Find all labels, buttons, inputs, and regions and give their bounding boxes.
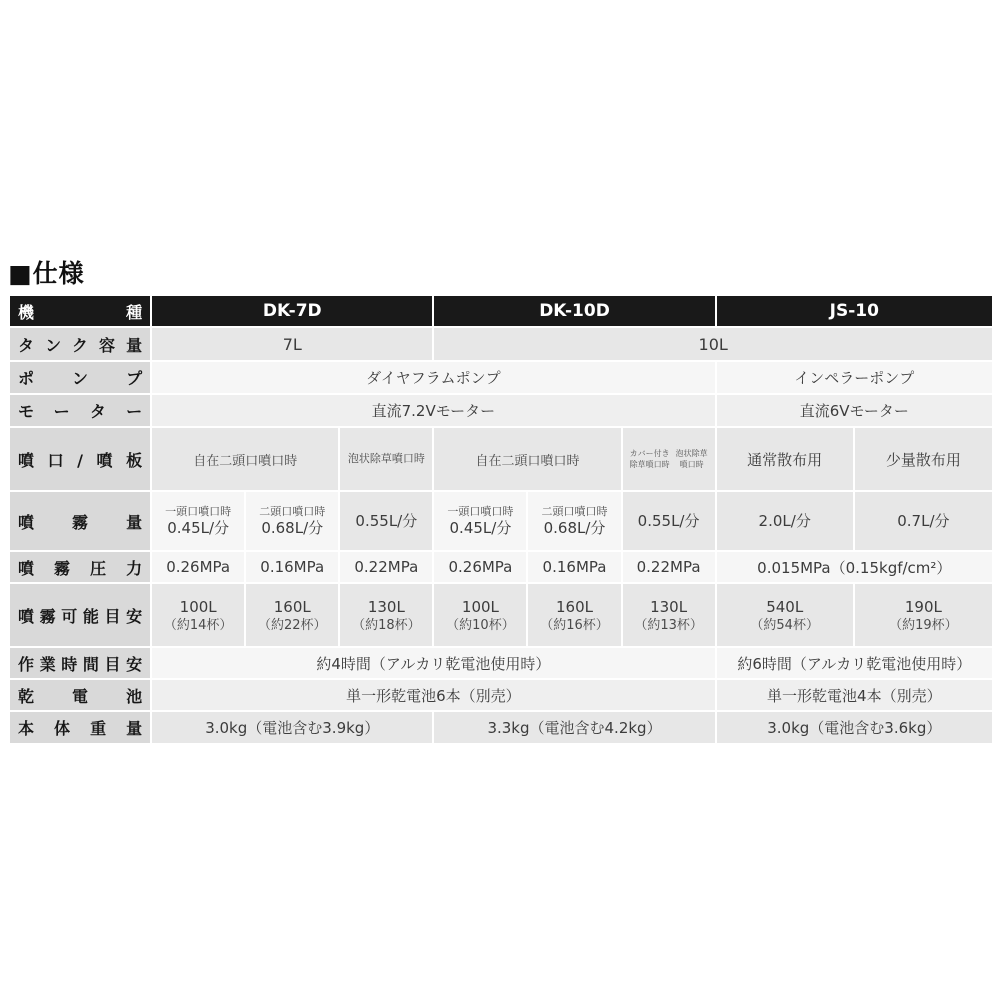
cell-capacity-js-normal: 540L （約54杯） bbox=[717, 584, 853, 646]
header-model-dk7d: DK-7D bbox=[152, 296, 432, 326]
cell-capacity-dk7d-3: 130L （約18杯） bbox=[340, 584, 432, 646]
cell-pressure-js: 0.015MPa（0.15kgf/cm²） bbox=[717, 552, 992, 582]
cell-volume-dk10d-2: 二頭口噴口時 0.68L/分 bbox=[528, 492, 620, 550]
table-row-motor: モーター 直流7.2Vモーター 直流6Vモーター bbox=[10, 395, 992, 426]
cell-weight-js10: 3.0kg（電池含む3.6kg） bbox=[717, 712, 992, 743]
row-label-worktime: 作業時間目安 bbox=[10, 648, 150, 678]
cell-volume-dk7d-1: 一頭口噴口時 0.45L/分 bbox=[152, 492, 244, 550]
row-label-tank: タンク容量 bbox=[10, 328, 150, 360]
cell-battery-dk: 単一形乾電池6本（別売） bbox=[152, 680, 715, 710]
header-model-label: 機種 bbox=[10, 296, 150, 326]
cell-tank-dk10d-js10: 10L bbox=[434, 328, 992, 360]
row-label-volume: 噴霧量 bbox=[10, 492, 150, 550]
cell-pressure-dk10d-1: 0.26MPa bbox=[434, 552, 526, 582]
table-row-battery: 乾電池 単一形乾電池6本（別売） 単一形乾電池4本（別売） bbox=[10, 680, 992, 710]
table-row-pressure: 噴霧圧力 0.26MPa 0.16MPa 0.22MPa 0.26MPa 0.1… bbox=[10, 552, 992, 582]
row-label-capacity: 噴霧可能目安 bbox=[10, 584, 150, 646]
cell-pump-dk: ダイヤフラムポンプ bbox=[152, 362, 715, 393]
cell-pressure-dk10d-2: 0.16MPa bbox=[528, 552, 620, 582]
cell-volume-js-normal: 2.0L/分 bbox=[717, 492, 853, 550]
cell-weight-dk10d: 3.3kg（電池含む4.2kg） bbox=[434, 712, 714, 743]
cell-volume-dk10d-3: 0.55L/分 bbox=[623, 492, 715, 550]
spec-table: 機種 DK-7D DK-10D JS-10 タンク容量 7L 10L ポンプ ダ… bbox=[8, 294, 994, 745]
table-row-worktime: 作業時間目安 約4時間（アルカリ乾電池使用時） 約6時間（アルカリ乾電池使用時） bbox=[10, 648, 992, 678]
cell-nozzle-js-low: 少量散布用 bbox=[855, 428, 992, 490]
table-row-tank: タンク容量 7L 10L bbox=[10, 328, 992, 360]
cell-motor-js: 直流6Vモーター bbox=[717, 395, 992, 426]
header-model-dk10d: DK-10D bbox=[434, 296, 714, 326]
table-row-nozzle: 噴口/噴板 自在二頭口噴口時 泡状除草噴口時 自在二頭口噴口時 カバー付き 除草… bbox=[10, 428, 992, 490]
cell-capacity-dk10d-2: 160L （約16杯） bbox=[528, 584, 620, 646]
cell-nozzle-dk10d-foam: カバー付き 除草噴口時 泡状除草 噴口時 bbox=[623, 428, 715, 490]
cell-capacity-dk10d-3: 130L （約13杯） bbox=[623, 584, 715, 646]
table-row-weight: 本体重量 3.0kg（電池含む3.9kg） 3.3kg（電池含む4.2kg） 3… bbox=[10, 712, 992, 743]
cell-nozzle-js-normal: 通常散布用 bbox=[717, 428, 853, 490]
cell-pressure-dk7d-1: 0.26MPa bbox=[152, 552, 244, 582]
cell-volume-dk7d-3: 0.55L/分 bbox=[340, 492, 432, 550]
cell-capacity-dk7d-2: 160L （約22杯） bbox=[246, 584, 338, 646]
page-title: ■仕様 bbox=[8, 254, 85, 290]
nozzle-option-foam: 泡状除草 噴口時 bbox=[676, 448, 708, 470]
cell-nozzle-dk10d-dual: 自在二頭口噴口時 bbox=[434, 428, 620, 490]
table-row-pump: ポンプ ダイヤフラムポンプ インペラーポンプ bbox=[10, 362, 992, 393]
cell-volume-dk7d-2: 二頭口噴口時 0.68L/分 bbox=[246, 492, 338, 550]
cell-pressure-dk7d-3: 0.22MPa bbox=[340, 552, 432, 582]
cell-nozzle-dk7d-foam: 泡状除草噴口時 bbox=[340, 428, 432, 490]
row-label-pressure: 噴霧圧力 bbox=[10, 552, 150, 582]
cell-worktime-dk: 約4時間（アルカリ乾電池使用時） bbox=[152, 648, 715, 678]
cell-pressure-dk7d-2: 0.16MPa bbox=[246, 552, 338, 582]
header-model-js10: JS-10 bbox=[717, 296, 992, 326]
cell-pump-js: インペラーポンプ bbox=[717, 362, 992, 393]
cell-battery-js: 単一形乾電池4本（別売） bbox=[717, 680, 992, 710]
cell-worktime-js: 約6時間（アルカリ乾電池使用時） bbox=[717, 648, 992, 678]
row-label-weight: 本体重量 bbox=[10, 712, 150, 743]
cell-volume-js-low: 0.7L/分 bbox=[855, 492, 992, 550]
cell-volume-dk10d-1: 一頭口噴口時 0.45L/分 bbox=[434, 492, 526, 550]
row-label-pump: ポンプ bbox=[10, 362, 150, 393]
spec-sheet-page: ■仕様 機種 DK-7D DK-10D JS-10 タンク容量 7L 10L ポ… bbox=[0, 0, 1000, 1000]
cell-pressure-dk10d-3: 0.22MPa bbox=[623, 552, 715, 582]
cell-capacity-dk7d-1: 100L （約14杯） bbox=[152, 584, 244, 646]
cell-capacity-js-low: 190L （約19杯） bbox=[855, 584, 992, 646]
cell-motor-dk: 直流7.2Vモーター bbox=[152, 395, 715, 426]
row-label-nozzle: 噴口/噴板 bbox=[10, 428, 150, 490]
table-row-volume: 噴霧量 一頭口噴口時 0.45L/分 二頭口噴口時 0.68L/分 0.55L/… bbox=[10, 492, 992, 550]
row-label-battery: 乾電池 bbox=[10, 680, 150, 710]
table-row-capacity: 噴霧可能目安 100L （約14杯） 160L （約22杯） 130L （約18… bbox=[10, 584, 992, 646]
table-row-header: 機種 DK-7D DK-10D JS-10 bbox=[10, 296, 992, 326]
nozzle-option-cover: カバー付き 除草噴口時 bbox=[630, 448, 670, 470]
cell-weight-dk7d: 3.0kg（電池含む3.9kg） bbox=[152, 712, 432, 743]
cell-tank-dk7d: 7L bbox=[152, 328, 432, 360]
cell-capacity-dk10d-1: 100L （約10杯） bbox=[434, 584, 526, 646]
cell-nozzle-dk7d-dual: 自在二頭口噴口時 bbox=[152, 428, 338, 490]
row-label-motor: モーター bbox=[10, 395, 150, 426]
